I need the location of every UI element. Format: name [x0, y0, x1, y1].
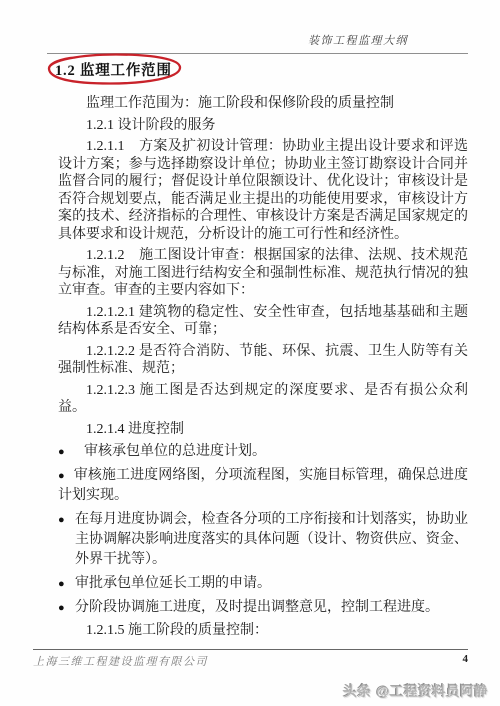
watermark: 头条@工程资料员阿静: [343, 680, 488, 700]
subsection-heading-1214: 1.2.1.4 进度控制: [58, 421, 468, 439]
paragraph-12123: 1.2.1.2.3 施工图是否达到规定的深度要求、是否有损公众利益。: [58, 382, 468, 417]
bullet-icon: ●: [58, 470, 65, 482]
paragraph-12121: 1.2.1.2.1 建筑物的稳定性、安全性审查，包括地基基础和主题结构体系是否安…: [58, 304, 468, 339]
document-body: 监理工作范围为：施工阶段和保修阶段的质量控制 1.2.1 设计阶段的服务 1.2…: [58, 95, 468, 640]
bullet-text: 审核承包单位的总进度计划。: [84, 442, 468, 462]
bullet-text: 在每月进度协调会，检查各分项的工序衔接和计划落实，协助业主协调解决影响进度落实的…: [75, 510, 468, 570]
document-page: 装饰工程监理大纲 1.2 监理工作范围 监理工作范围为：施工阶段和保修阶段的质量…: [0, 0, 500, 706]
watermark-brand: 头条: [343, 684, 371, 699]
subsection-heading-121: 1.2.1 设计阶段的服务: [58, 117, 468, 135]
bullet-icon: ●: [58, 442, 75, 462]
bullet-text: 审核施工进度网络图，分项流程图，实施目标管理，确保总进度计划实现。: [58, 468, 468, 503]
section-heading: 1.2 监理工作范围: [55, 63, 172, 79]
bullet-icon: ●: [58, 598, 75, 618]
header-rule: [47, 53, 468, 54]
page-footer: 上海三维工程建设监理有限公司 4: [33, 649, 468, 669]
header-title: 装饰工程监理大纲: [0, 32, 500, 48]
paragraph-1212: 1.2.1.2 施工图设计审查：根据国家的法律、法规、技术规范与标准，对施工图进…: [58, 247, 468, 300]
paragraph-12122: 1.2.1.2.2 是否符合消防、节能、环保、抗震、卫生人防等有关强制性标准、规…: [58, 343, 468, 378]
paragraph-1211: 1.2.1.1 方案及扩初设计管理：协助业主提出设计要求和评选设计方案；参与选择…: [58, 138, 468, 243]
section-heading-wrap: 1.2 监理工作范围: [55, 59, 172, 80]
bullet-list: ● 审核承包单位的总进度计划。 ●审核施工进度网络图，分项流程图，实施目标管理，…: [58, 442, 468, 618]
watermark-handle: @工程资料员阿静: [376, 684, 488, 699]
bullet-item: ●审核施工进度网络图，分项流程图，实施目标管理，确保总进度计划实现。: [58, 466, 468, 506]
intro-paragraph: 监理工作范围为：施工阶段和保修阶段的质量控制: [58, 95, 468, 113]
page-number: 4: [463, 653, 469, 669]
section-heading-row: 1.2 监理工作范围: [55, 59, 500, 87]
bullet-icon: ●: [58, 574, 75, 594]
page-header: 装饰工程监理大纲: [0, 32, 500, 54]
bullet-icon: ●: [58, 510, 75, 570]
footer-company: 上海三维工程建设监理有限公司: [33, 653, 208, 669]
bullet-item: ● 审核承包单位的总进度计划。: [58, 442, 468, 462]
bullet-item: ● 在每月进度协调会，检查各分项的工序衔接和计划落实，协助业主协调解决影响进度落…: [58, 510, 468, 570]
bullet-text: 审批承包单位延长工期的申请。: [75, 574, 468, 594]
bullet-item: ● 分阶段协调施工进度，及时提出调整意见，控制工程进度。: [58, 598, 468, 618]
bullet-text: 分阶段协调施工进度，及时提出调整意见，控制工程进度。: [75, 598, 468, 618]
subsection-heading-1215: 1.2.1.5 施工阶段的质量控制：: [58, 622, 468, 640]
bullet-item: ● 审批承包单位延长工期的申请。: [58, 574, 468, 594]
